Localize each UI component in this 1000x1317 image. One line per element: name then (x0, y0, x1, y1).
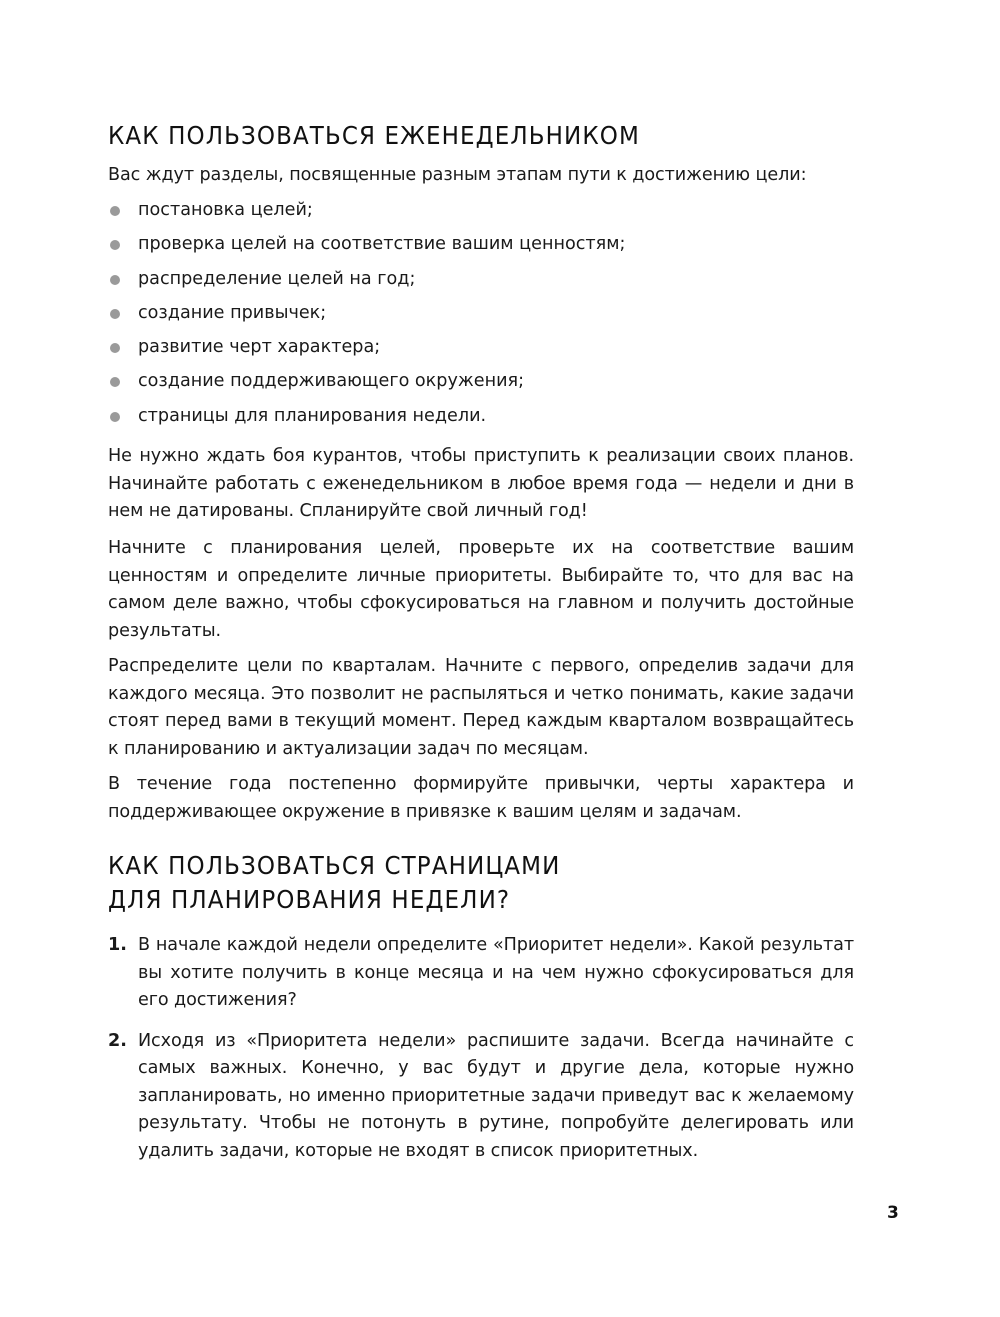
bullet-item: проверка целей на соответствие вашим цен… (108, 227, 854, 261)
bullet-dot-icon (110, 240, 120, 250)
step-text: В начале каждой недели определите «Приор… (138, 932, 854, 1015)
bullet-text: создание привычек; (138, 303, 326, 323)
section-heading-weekly-pages-line2: для планирования недели? (108, 884, 510, 916)
paragraph-plan-goals: Начните с планирования целей, проверьте … (108, 535, 854, 645)
bullet-dot-icon (110, 377, 120, 387)
bullet-item: постановка целей; (108, 193, 854, 227)
bullet-text: развитие черт характера; (138, 337, 380, 357)
paragraph-quarters: Распределите цели по кварталам. Начните … (108, 653, 854, 763)
page-number: 3 (887, 1203, 899, 1223)
step-number: 1. (108, 932, 127, 960)
intro-paragraph: Вас ждут разделы, посвященные разным эта… (108, 162, 854, 190)
step-item-1: 1. В начале каждой недели определите «Пр… (108, 932, 854, 1015)
bullet-text: распределение целей на год; (138, 269, 415, 289)
bullet-item: создание поддерживающего окружения; (108, 364, 854, 398)
step-number: 2. (108, 1028, 127, 1056)
bullet-text: проверка целей на соответствие вашим цен… (138, 234, 625, 254)
paragraph-start-anytime: Не нужно ждать боя курантов, чтобы прист… (108, 443, 854, 526)
bullet-item: создание привычек; (108, 296, 854, 330)
paragraph-habits: В течение года постепенно формируйте при… (108, 771, 854, 826)
bullet-item: развитие черт характера; (108, 330, 854, 364)
bullet-dot-icon (110, 343, 120, 353)
steps-list: 1. В начале каждой недели определите «Пр… (108, 932, 854, 1165)
bullet-dot-icon (110, 309, 120, 319)
bullet-dot-icon (110, 275, 120, 285)
bullet-text: постановка целей; (138, 200, 313, 220)
step-text: Исходя из «Приоритета недели» распишите … (138, 1028, 854, 1166)
bullet-item: распределение целей на год; (108, 262, 854, 296)
bullet-item: страницы для планирования недели. (108, 399, 854, 433)
section-heading-weekly-planner-usage: Как пользоваться еженедельником (108, 120, 640, 152)
bullet-dot-icon (110, 206, 120, 216)
bullet-dot-icon (110, 412, 120, 422)
sections-bullet-list: постановка целей; проверка целей на соот… (108, 193, 854, 433)
bullet-text: страницы для планирования недели. (138, 406, 486, 426)
section-heading-weekly-pages-line1: Как пользоваться страницами (108, 850, 560, 882)
step-item-2: 2. Исходя из «Приоритета недели» распиши… (108, 1028, 854, 1166)
bullet-text: создание поддерживающего окружения; (138, 371, 524, 391)
